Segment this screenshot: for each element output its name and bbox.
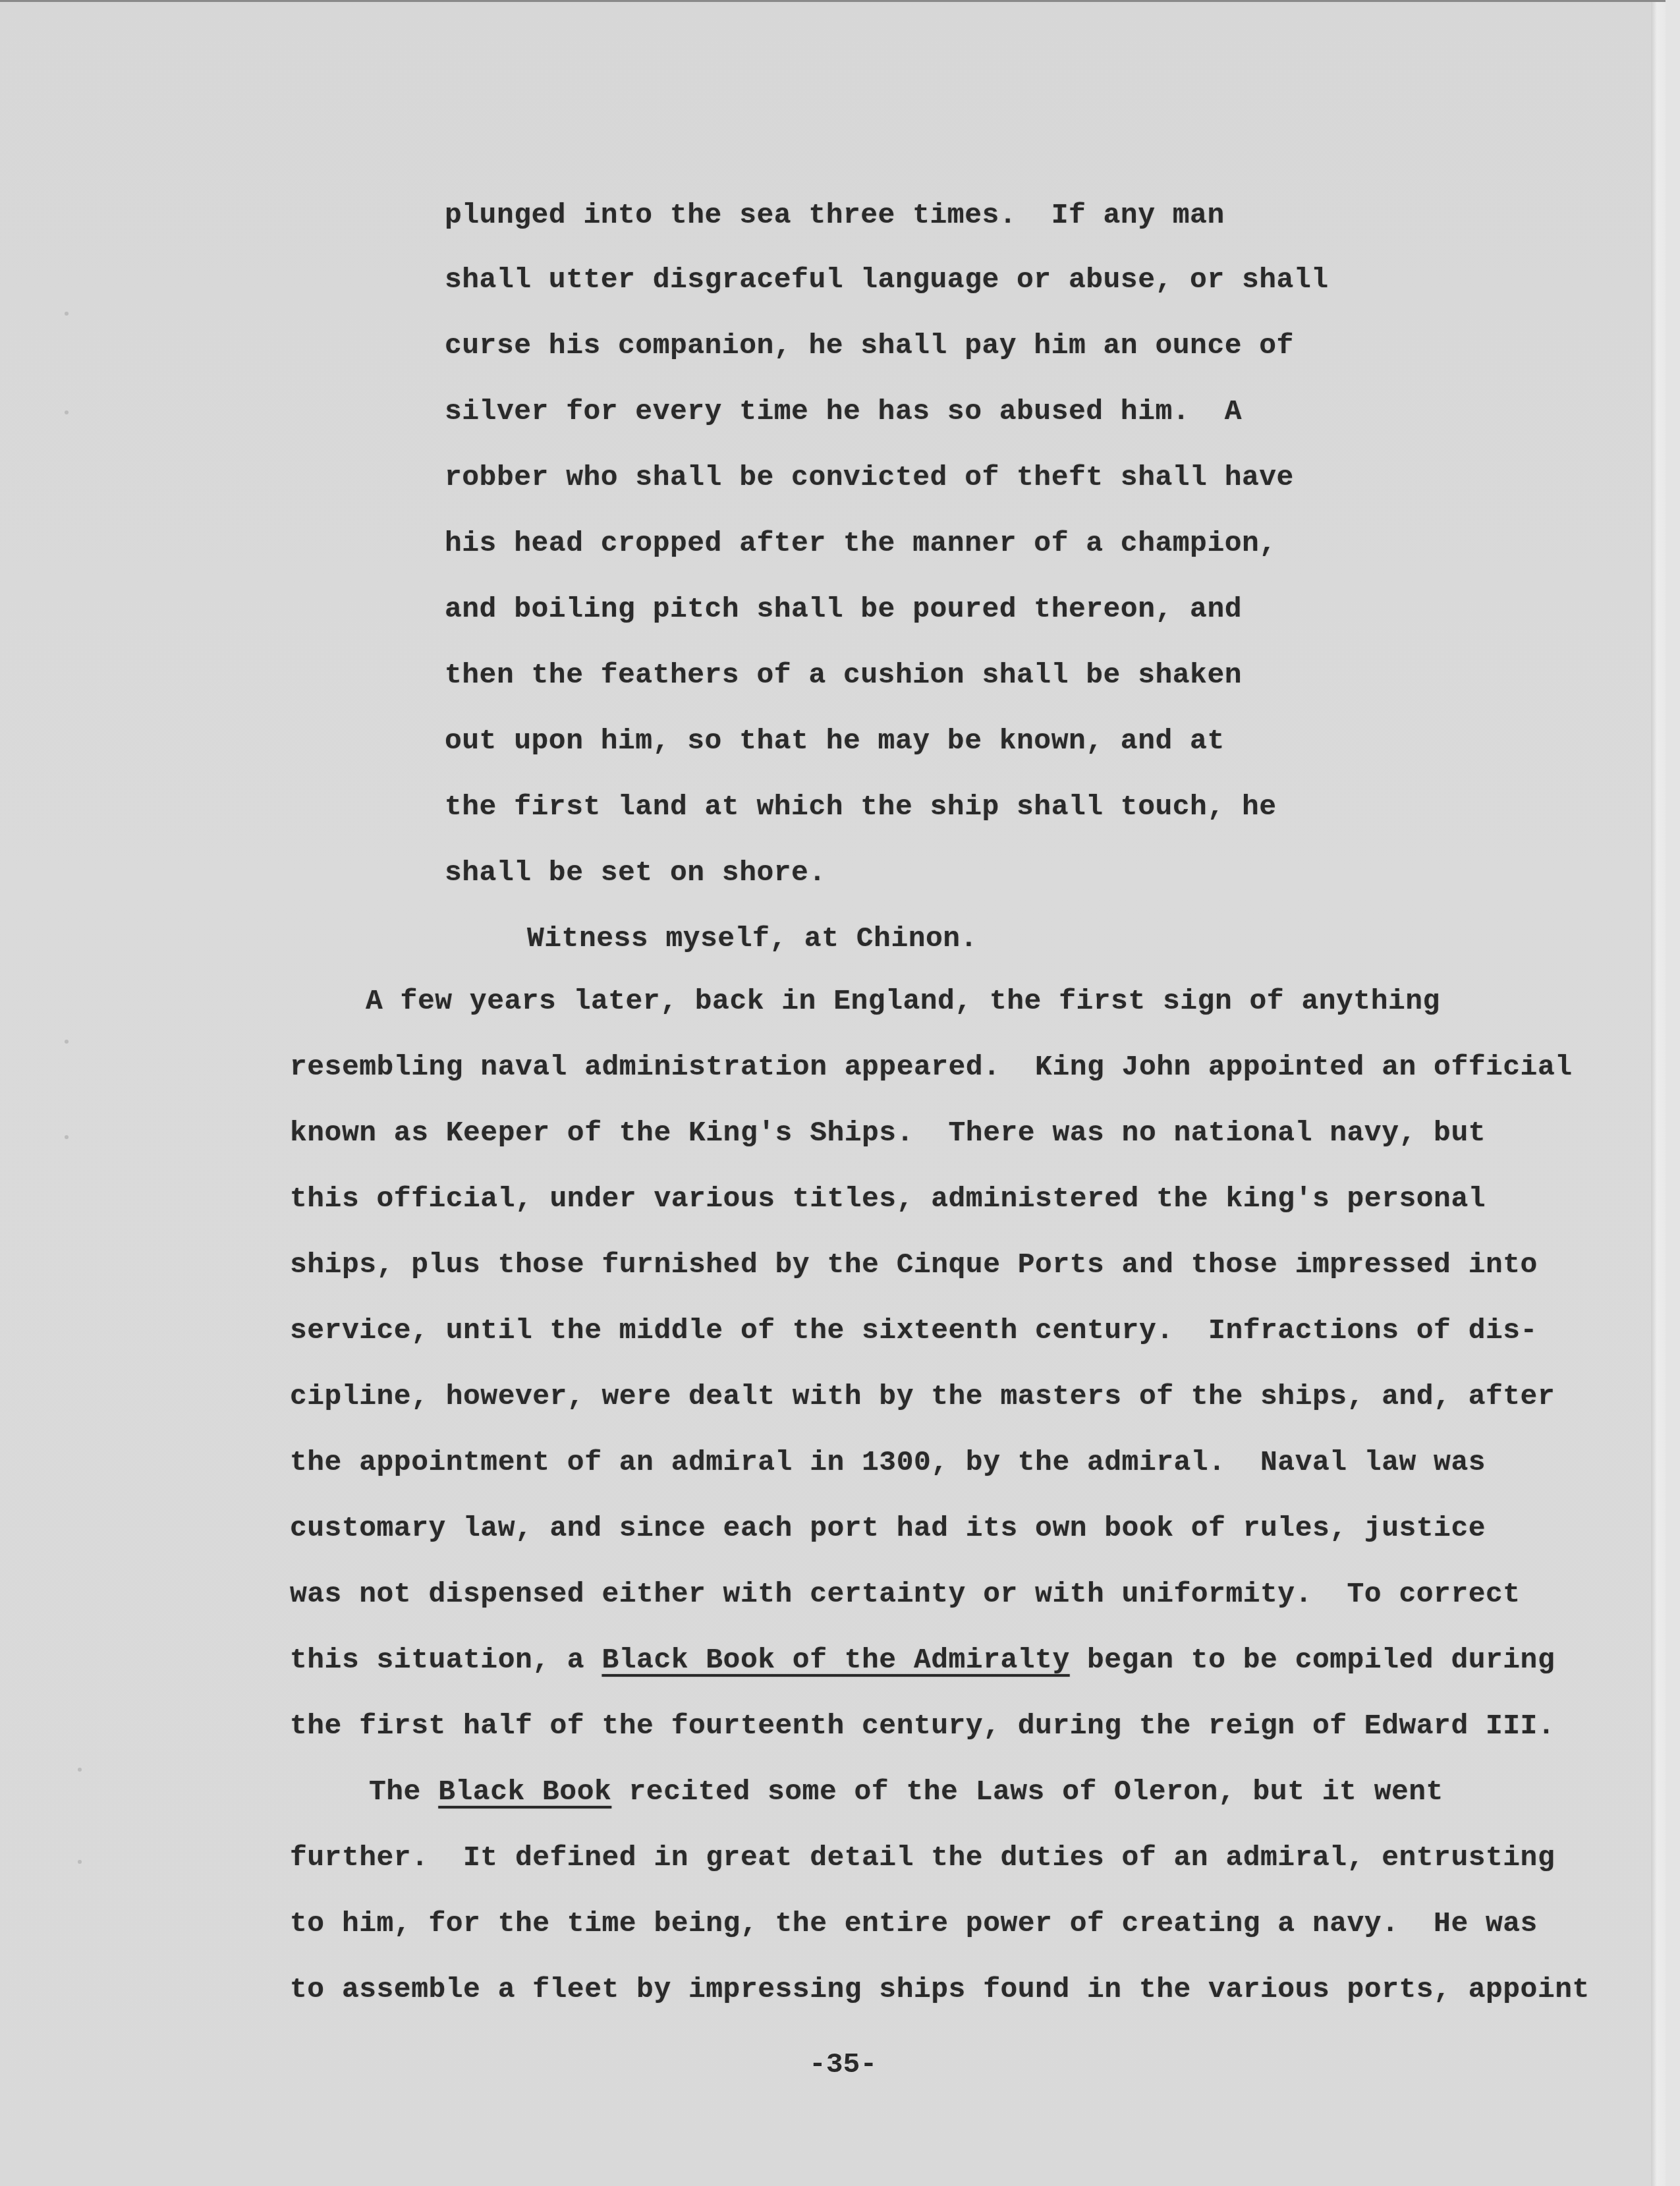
paragraph-line: cipline, however, were dealt with by the…	[290, 1382, 1555, 1411]
quote-line: out upon him, so that he may be known, a…	[445, 727, 1225, 755]
paragraph-line: service, until the middle of the sixteen…	[290, 1316, 1538, 1345]
paragraph-line: this official, under various titles, adm…	[290, 1185, 1486, 1213]
quote-line: shall be set on shore.	[445, 858, 826, 887]
paragraph-line: was not dispensed either with certainty …	[290, 1580, 1521, 1608]
paragraph-line: resembling naval administration appeared…	[290, 1053, 1573, 1081]
paragraph-line: this situation, a Black Book of the Admi…	[290, 1646, 1555, 1674]
text: began to be compiled during	[1070, 1644, 1555, 1676]
scan-speck	[65, 1135, 69, 1139]
quote-line: plunged into the sea three times. If any…	[445, 201, 1225, 229]
quote-line: shall utter disgraceful language or abus…	[445, 266, 1329, 294]
scan-speck	[65, 312, 69, 316]
quote-line: silver for every time he has so abused h…	[445, 397, 1242, 426]
paragraph-line: the first half of the fourteenth century…	[290, 1712, 1555, 1740]
page-edge	[1651, 2, 1666, 2186]
attestation: Witness myself, at Chinon.	[527, 924, 978, 953]
scan-speck	[78, 1860, 82, 1864]
quote-line: his head cropped after the manner of a c…	[445, 529, 1277, 557]
page-number: -35-	[809, 2048, 877, 2081]
paragraph-line: the appointment of an admiral in 1300, b…	[290, 1448, 1486, 1476]
text: recited some of the Laws of Oleron, but …	[611, 1776, 1443, 1808]
quote-line: curse his companion, he shall pay him an…	[445, 331, 1294, 360]
scan-speck	[65, 1040, 69, 1044]
text: The	[369, 1776, 438, 1808]
quote-line: and boiling pitch shall be poured thereo…	[445, 595, 1242, 623]
quote-line: then the feathers of a cushion shall be …	[445, 661, 1242, 689]
quote-line: the first land at which the ship shall t…	[445, 793, 1277, 821]
book-title-underlined: Black Book of the Admiralty	[602, 1644, 1069, 1676]
document-page: plunged into the sea three times. If any…	[0, 0, 1666, 2186]
paragraph-line: ships, plus those furnished by the Cinqu…	[290, 1250, 1538, 1279]
paragraph-line: customary law, and since each port had i…	[290, 1514, 1486, 1542]
paragraph-line: A few years later, back in England, the …	[366, 987, 1440, 1015]
scan-speck	[65, 410, 69, 414]
paragraph-line: The Black Book recited some of the Laws …	[369, 1778, 1443, 1806]
paragraph-line: known as Keeper of the King's Ships. The…	[290, 1119, 1486, 1147]
text: this situation, a	[290, 1644, 602, 1676]
paragraph-line: to him, for the time being, the entire p…	[290, 1909, 1538, 1938]
scan-speck	[78, 1768, 82, 1772]
paragraph-line: further. It defined in great detail the …	[290, 1843, 1555, 1872]
paragraph-line: to assemble a fleet by impressing ships …	[290, 1975, 1590, 2004]
book-title-underlined: Black Book	[438, 1776, 611, 1808]
quote-line: robber who shall be convicted of theft s…	[445, 463, 1294, 491]
